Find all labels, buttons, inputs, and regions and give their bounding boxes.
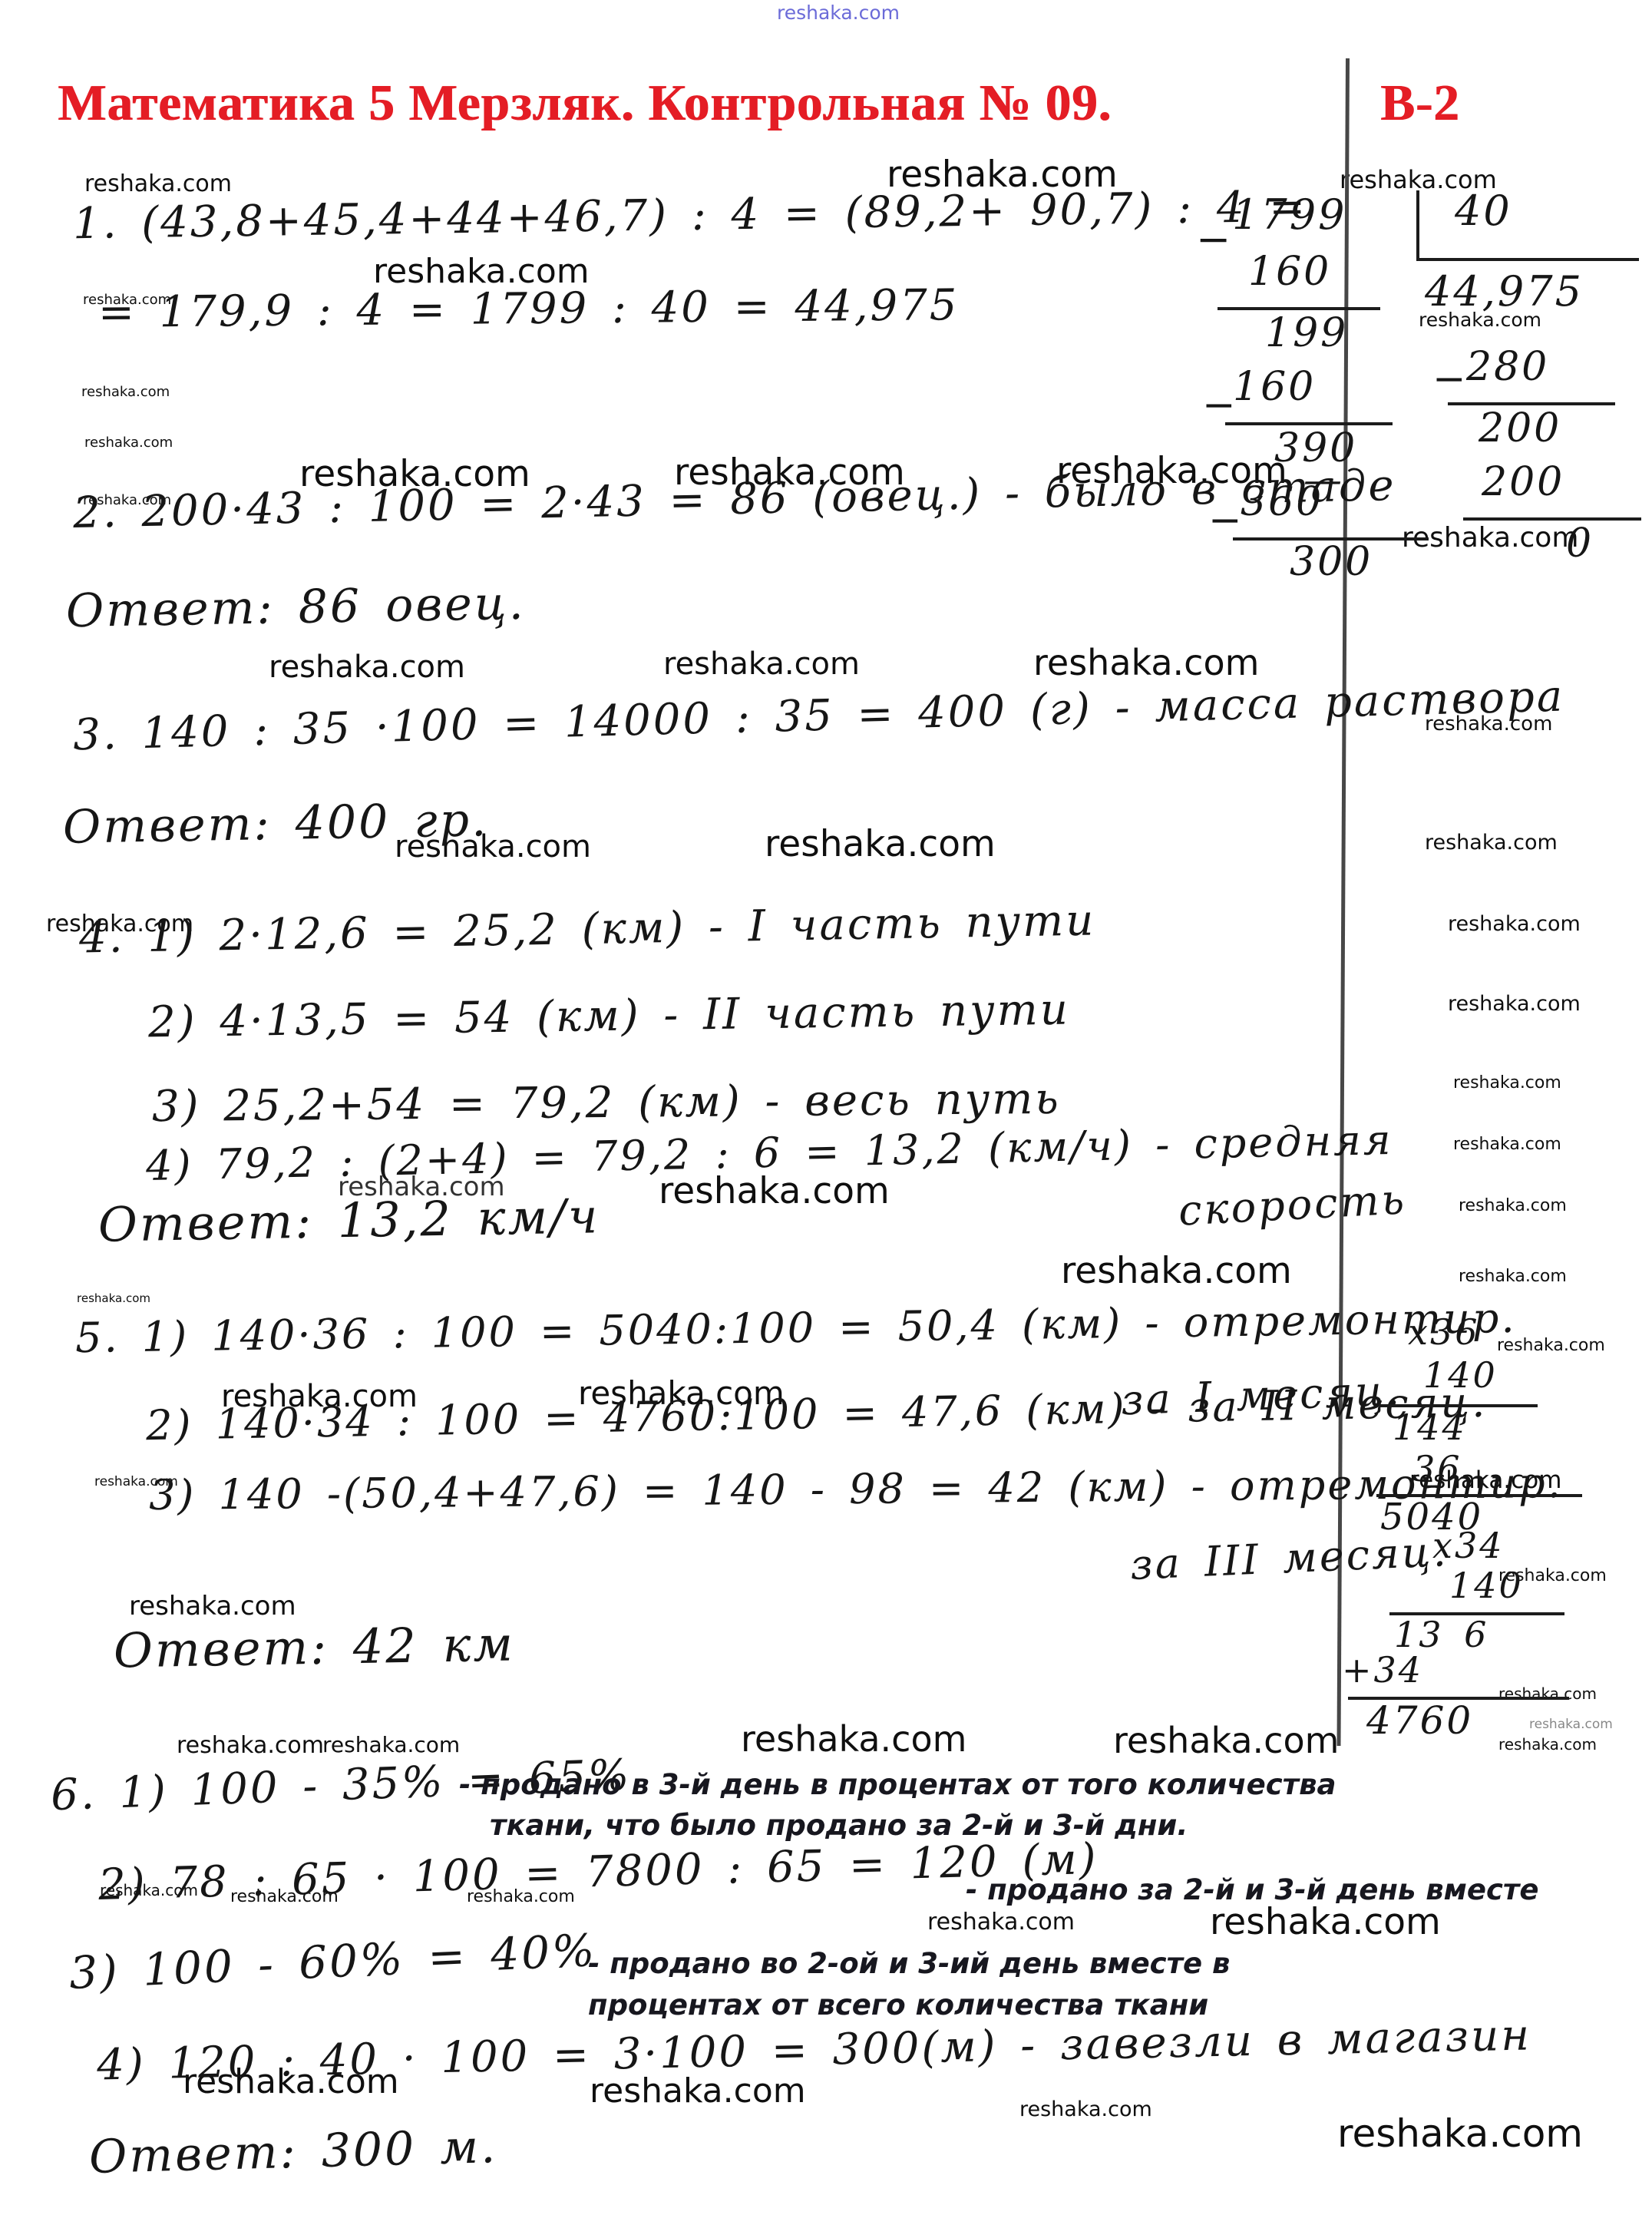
watermark: reshaka.com bbox=[663, 646, 860, 682]
mult1-partial-2: 36 bbox=[1412, 1450, 1462, 1489]
division-minus-sign: − bbox=[1196, 217, 1233, 262]
problem-4-answer: Ответ: 13,2 км/ч bbox=[97, 1190, 600, 1251]
watermark: reshaka.com bbox=[84, 435, 173, 451]
watermark: reshaka.com bbox=[1459, 1267, 1567, 1286]
problem-6-line-4: 4) 120 : 40 · 100 = 3·100 = 300(м) - зав… bbox=[97, 2012, 1532, 2089]
watermark: reshaka.com bbox=[322, 1732, 460, 1757]
division-subtrahend-2: 160 bbox=[1233, 365, 1316, 409]
problem-6-note-2: - продано за 2-й и 3-й день вместе bbox=[966, 1873, 1538, 1906]
division-remainder-1: 199 bbox=[1265, 312, 1348, 355]
watermark: reshaka.com bbox=[269, 650, 465, 685]
division-remainder-3: 300 bbox=[1290, 540, 1373, 584]
problem-3-answer: Ответ: 400 гр. bbox=[62, 795, 488, 853]
problem-5-answer: Ответ: 42 км bbox=[113, 1618, 515, 1677]
watermark: reshaka.com bbox=[1019, 2098, 1152, 2121]
division-subtrahend-5: 200 bbox=[1482, 461, 1564, 504]
division-quotient: 44,975 bbox=[1425, 269, 1584, 314]
watermark: reshaka.com bbox=[177, 1732, 324, 1759]
watermark: reshaka.com bbox=[84, 170, 232, 197]
mult1-top-factor: 140 bbox=[1423, 1356, 1498, 1395]
problem-6-note-3b: процентах от всего количества ткани bbox=[588, 1988, 1208, 2021]
watermark: reshaka.com bbox=[1529, 1717, 1613, 1732]
problem-6-answer: Ответ: 300 м. bbox=[88, 2121, 498, 2183]
watermark: reshaka.com bbox=[1453, 1073, 1561, 1093]
watermark: reshaka.com bbox=[1113, 1720, 1339, 1761]
division-remainder-5: 0 bbox=[1566, 522, 1594, 566]
division-subtrahend-4: 280 bbox=[1466, 345, 1549, 389]
division-bracket-vertical bbox=[1416, 190, 1419, 261]
problem-5-line-3: 3) 140 -(50,4+47,6) = 140 - 98 = 42 (км)… bbox=[149, 1460, 1563, 1518]
watermark: reshaka.com bbox=[129, 1591, 296, 1621]
division-minus-sign-4: − bbox=[1432, 358, 1469, 402]
division-minuend: 1799 bbox=[1232, 192, 1346, 237]
problem-3-line-1: 3. 140 : 35 ·100 = 14000 : 35 = 400 (г) … bbox=[73, 673, 1565, 759]
watermark: reshaka.com bbox=[1498, 1684, 1597, 1703]
division-line-5 bbox=[1463, 517, 1641, 521]
mult1-operator-row: х36 bbox=[1408, 1313, 1479, 1352]
watermark: reshaka.com bbox=[1033, 642, 1259, 683]
watermark: reshaka.com bbox=[765, 823, 996, 865]
problem-6-line-3: 3) 100 - 60% = 40% bbox=[68, 1926, 598, 1998]
problem-4-line-2: 2) 4·13,5 = 54 (км) - II часть пути bbox=[148, 987, 1071, 1046]
watermark: reshaka.com bbox=[1448, 992, 1581, 1016]
problem-6-line-2: 2) 78 : 65 · 100 = 7800 : 65 = 120 (м) bbox=[97, 1836, 1099, 1909]
division-subtrahend-1: 160 bbox=[1248, 250, 1331, 294]
mult2-partial-1: 13 6 bbox=[1394, 1615, 1488, 1655]
watermark: reshaka.com bbox=[1453, 1135, 1561, 1154]
variant-label: В-2 bbox=[1380, 74, 1460, 133]
watermark: reshaka.com bbox=[1459, 1196, 1567, 1215]
watermark: reshaka.com bbox=[741, 1718, 966, 1760]
problem-1-line-1: 1. (43,8+45,4+44+46,7) : 4 = (89,2+ 90,7… bbox=[73, 183, 1308, 248]
watermark: reshaka.com bbox=[1337, 2111, 1583, 2156]
watermark: reshaka.com bbox=[1210, 1901, 1441, 1943]
problem-4-line-1: 4. 1) 2·12,6 = 25,2 (км) - I часть пути bbox=[79, 897, 1096, 962]
mult2-operator-row: х34 bbox=[1432, 1526, 1504, 1565]
division-remainder-4: 200 bbox=[1479, 407, 1561, 451]
watermark: reshaka.com bbox=[1425, 831, 1558, 855]
watermark: reshaka.com bbox=[1498, 1735, 1597, 1754]
problem-6-note-1a: - продано в 3-й день в процентах от того… bbox=[459, 1768, 1336, 1801]
scanned-worksheet: reshaka.comreshaka.comreshaka.comreshaka… bbox=[0, 0, 1652, 2238]
page-title: Математика 5 Мерзляк. Контрольная № 09. bbox=[58, 74, 1112, 133]
division-divisor: 40 bbox=[1455, 188, 1512, 233]
mult2-partial-2: +34 bbox=[1342, 1651, 1423, 1690]
mult1-partial-1: 144 bbox=[1393, 1408, 1467, 1447]
watermark: reshaka.com bbox=[1061, 1250, 1292, 1292]
mult2-result: 4760 bbox=[1366, 1700, 1473, 1742]
watermark: reshaka.com bbox=[1448, 912, 1581, 936]
problem-5-line-1: 5. 1) 140·36 : 100 = 5040:100 = 50,4 (км… bbox=[75, 1295, 1517, 1361]
watermark: reshaka.com bbox=[81, 384, 170, 400]
problem-4-line-3: 3) 25,2+54 = 79,2 (км) - весь путь bbox=[152, 1076, 1061, 1131]
problem-2-answer: Ответ: 86 овец. bbox=[65, 578, 526, 636]
watermark: reshaka.com bbox=[77, 1291, 150, 1305]
problem-1-line-2: = 179,9 : 4 = 1799 : 40 = 44,975 bbox=[98, 282, 960, 336]
watermark: reshaka.com bbox=[927, 1909, 1075, 1936]
division-bracket-horizontal bbox=[1416, 258, 1639, 261]
problem-6-note-3a: - продано во 2-ой и 3-ий день вместе в bbox=[588, 1947, 1230, 1980]
problem-4-line-4b: скорость bbox=[1178, 1176, 1408, 1234]
watermark: reshaka.com bbox=[777, 2, 900, 24]
mult2-top-factor: 140 bbox=[1449, 1566, 1524, 1605]
